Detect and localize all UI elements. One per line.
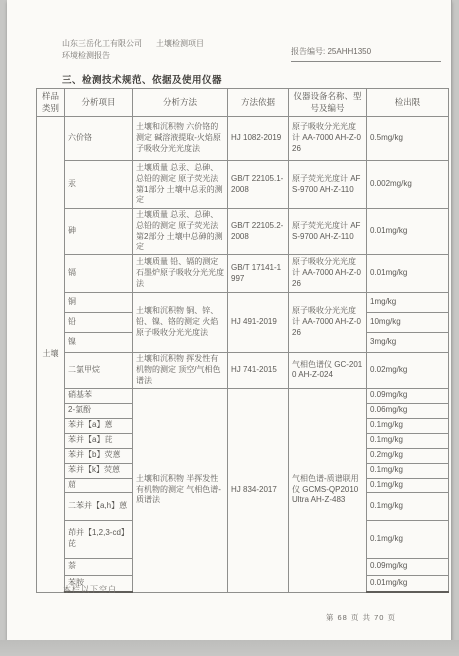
cell-analyte: 二苯并【a,h】蒽 [65, 492, 133, 520]
cell-limit: 1mg/kg [367, 293, 449, 313]
cell-analyte: 铅 [65, 313, 133, 333]
col-header-basis: 方法依据 [228, 89, 289, 117]
cell-method: 土壤质量 总汞、总砷、总铅的测定 原子荧光法 第2部分 土壤中总砷的测定 [133, 209, 228, 255]
report-type: 环境检测报告 [62, 51, 110, 60]
section-title: 三、检测技术规范、依据及使用仪器 [62, 72, 222, 86]
cell-method: 土壤和沉积物 半挥发性有机物的测定 气相色谱-质谱法 [133, 388, 228, 592]
cell-basis: GB/T 17141-1997 [228, 255, 289, 293]
cell-method: 土壤质量 总汞、总砷、总铅的测定 原子荧光法 第1部分 土壤中总汞的测定 [133, 161, 228, 209]
cell-basis: HJ 491-2019 [228, 293, 289, 353]
cell-analyte: 茚并【1,2,3-cd】芘 [65, 520, 133, 558]
cell-analyte: 砷 [65, 209, 133, 255]
scanned-report-page: { "header": { "company": "山东三岳化工有限公司", "… [0, 0, 459, 656]
cell-limit: 3mg/kg [367, 333, 449, 353]
col-header-instrument: 仪器设备名称、型号及编号 [289, 89, 367, 117]
cell-analyte: 六价铬 [65, 117, 133, 161]
blank-below-note: 本栏以下空白 [63, 584, 117, 595]
report-number-block: 报告编号: 25AHH1350 [291, 46, 441, 62]
cell-analyte: 萘 [65, 558, 133, 575]
cell-analyte: 2-氯酚 [65, 403, 133, 418]
cell-limit: 0.06mg/kg [367, 403, 449, 418]
cell-basis: HJ 834-2017 [228, 388, 289, 592]
cell-limit: 0.2mg/kg [367, 448, 449, 463]
cell-instrument: 原子荧光光度计 AFS-9700 AH-Z-110 [289, 209, 367, 255]
cell-basis: HJ 741-2015 [228, 353, 289, 388]
cell-analyte: 苯并【a】蒽 [65, 418, 133, 433]
cell-method: 土壤和沉积物 六价铬的测定 碱溶液提取-火焰原子吸收分光光度法 [133, 117, 228, 161]
report-number-value: 25AHH1350 [327, 47, 371, 56]
table-row: 硝基苯 土壤和沉积物 半挥发性有机物的测定 气相色谱-质谱法 HJ 834-20… [37, 388, 449, 403]
report-number-label: 报告编号: [291, 47, 325, 56]
cell-instrument: 原子吸收分光光度计 AA-7000 AH-Z-026 [289, 255, 367, 293]
cell-limit: 0.01mg/kg [367, 209, 449, 255]
cell-limit: 0.02mg/kg [367, 353, 449, 388]
cell-analyte: 二氯甲烷 [65, 353, 133, 388]
cell-limit: 0.1mg/kg [367, 478, 449, 492]
col-header-sample: 样品类别 [37, 89, 65, 117]
cell-limit: 0.1mg/kg [367, 418, 449, 433]
cell-limit: 10mg/kg [367, 313, 449, 333]
methods-table: 样品类别 分析项目 分析方法 方法依据 仪器设备名称、型号及编号 检出限 土壤 … [36, 88, 449, 593]
cell-analyte: 硝基苯 [65, 388, 133, 403]
table-row: 铜 土壤和沉积物 铜、锌、铅、镍、铬的测定 火焰原子吸收分光光度法 HJ 491… [37, 293, 449, 313]
table-row: 砷 土壤质量 总汞、总砷、总铅的测定 原子荧光法 第2部分 土壤中总砷的测定 G… [37, 209, 449, 255]
cell-limit: 0.01mg/kg [367, 575, 449, 592]
cell-limit: 0.1mg/kg [367, 433, 449, 448]
cell-instrument: 原子吸收分光光度计 AA-7000 AH-Z-026 [289, 293, 367, 353]
cell-limit: 0.09mg/kg [367, 388, 449, 403]
cell-analyte: 苯并【b】荧蒽 [65, 448, 133, 463]
cell-basis: GB/T 22105.2-2008 [228, 209, 289, 255]
cell-method: 土壤质量 铅、镉的测定 石墨炉原子吸收分光光度法 [133, 255, 228, 293]
col-header-analyte: 分析项目 [65, 89, 133, 117]
cell-analyte: 汞 [65, 161, 133, 209]
cell-limit: 0.09mg/kg [367, 558, 449, 575]
table-row: 土壤 六价铬 土壤和沉积物 六价铬的测定 碱溶液提取-火焰原子吸收分光光度法 H… [37, 117, 449, 161]
paper-sheet: 山东三岳化工有限公司土壤检测项目 环境检测报告 报告编号: 25AHH1350 … [7, 0, 452, 640]
document-header: 山东三岳化工有限公司土壤检测项目 环境检测报告 报告编号: 25AHH1350 [62, 38, 441, 62]
cell-instrument: 气相色谱-质谱联用仪 GCMS-QP2010 Ultra AH-Z-483 [289, 388, 367, 592]
header-left: 山东三岳化工有限公司土壤检测项目 环境检测报告 [62, 38, 204, 62]
cell-analyte: 镍 [65, 333, 133, 353]
table-row: 二氯甲烷 土壤和沉积物 挥发性有机物的测定 顶空/气相色谱法 HJ 741-20… [37, 353, 449, 388]
cell-limit: 0.5mg/kg [367, 117, 449, 161]
cell-instrument: 原子吸收分光光度计 AA-7000 AH-Z-026 [289, 117, 367, 161]
cell-method: 土壤和沉积物 铜、锌、铅、镍、铬的测定 火焰原子吸收分光光度法 [133, 293, 228, 353]
cell-instrument: 气相色谱仪 GC-2010 AH-Z-024 [289, 353, 367, 388]
cell-analyte: 铜 [65, 293, 133, 313]
cell-limit: 0.1mg/kg [367, 492, 449, 520]
cell-basis: GB/T 22105.1-2008 [228, 161, 289, 209]
cell-sample-category: 土壤 [37, 117, 65, 593]
col-header-limit: 检出限 [367, 89, 449, 117]
cell-basis: HJ 1082-2019 [228, 117, 289, 161]
table-header-row: 样品类别 分析项目 分析方法 方法依据 仪器设备名称、型号及编号 检出限 [37, 89, 449, 117]
cell-limit: 0.1mg/kg [367, 520, 449, 558]
cell-limit: 0.1mg/kg [367, 463, 449, 478]
cell-instrument: 原子荧光光度计 AFS-9700 AH-Z-110 [289, 161, 367, 209]
cell-limit: 0.002mg/kg [367, 161, 449, 209]
scan-bottom-edge [0, 640, 459, 656]
cell-method: 土壤和沉积物 挥发性有机物的测定 顶空/气相色谱法 [133, 353, 228, 388]
cell-limit: 0.01mg/kg [367, 255, 449, 293]
table-row: 汞 土壤质量 总汞、总砷、总铅的测定 原子荧光法 第1部分 土壤中总汞的测定 G… [37, 161, 449, 209]
cell-analyte: 苯并【a】芘 [65, 433, 133, 448]
col-header-method: 分析方法 [133, 89, 228, 117]
company-name: 山东三岳化工有限公司 [62, 39, 142, 48]
cell-analyte: 苯并【k】荧蒽 [65, 463, 133, 478]
cell-analyte: 镉 [65, 255, 133, 293]
cell-analyte: 䓛 [65, 478, 133, 492]
project-name: 土壤检测项目 [156, 39, 204, 48]
table-row: 镉 土壤质量 铅、镉的测定 石墨炉原子吸收分光光度法 GB/T 17141-19… [37, 255, 449, 293]
page-number: 第 68 页 共 70 页 [326, 612, 396, 623]
